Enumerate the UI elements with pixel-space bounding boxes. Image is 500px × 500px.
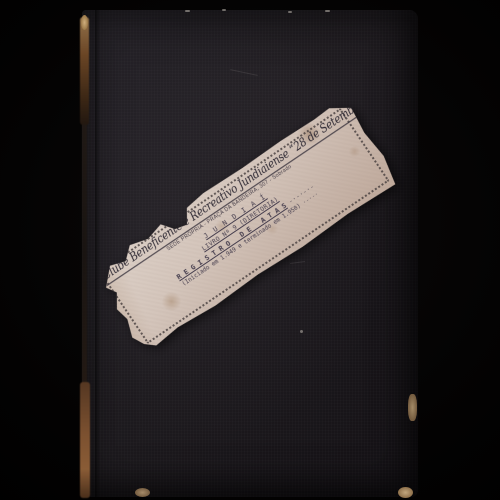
cover-scratch [290, 261, 305, 264]
spine-wear-top [80, 17, 89, 125]
top-edge-speck [185, 10, 190, 12]
worn-chip-spine-top [81, 15, 88, 30]
spine-wear-bottom [80, 382, 90, 498]
top-edge-speck [325, 10, 330, 12]
worn-chip-bottom-left [135, 488, 150, 497]
worn-chip-bottom-right [398, 487, 413, 498]
top-edge-speck [222, 9, 226, 11]
cover-scratch [230, 69, 258, 76]
spine-wear-middle [82, 122, 87, 384]
cover-speck [300, 330, 303, 333]
top-edge-speck [288, 11, 292, 13]
spine-groove [95, 10, 101, 497]
worn-chip-right-edge [408, 394, 417, 421]
photo-backdrop: Clube Beneficente e Recreativo Jundiaien… [0, 0, 500, 500]
